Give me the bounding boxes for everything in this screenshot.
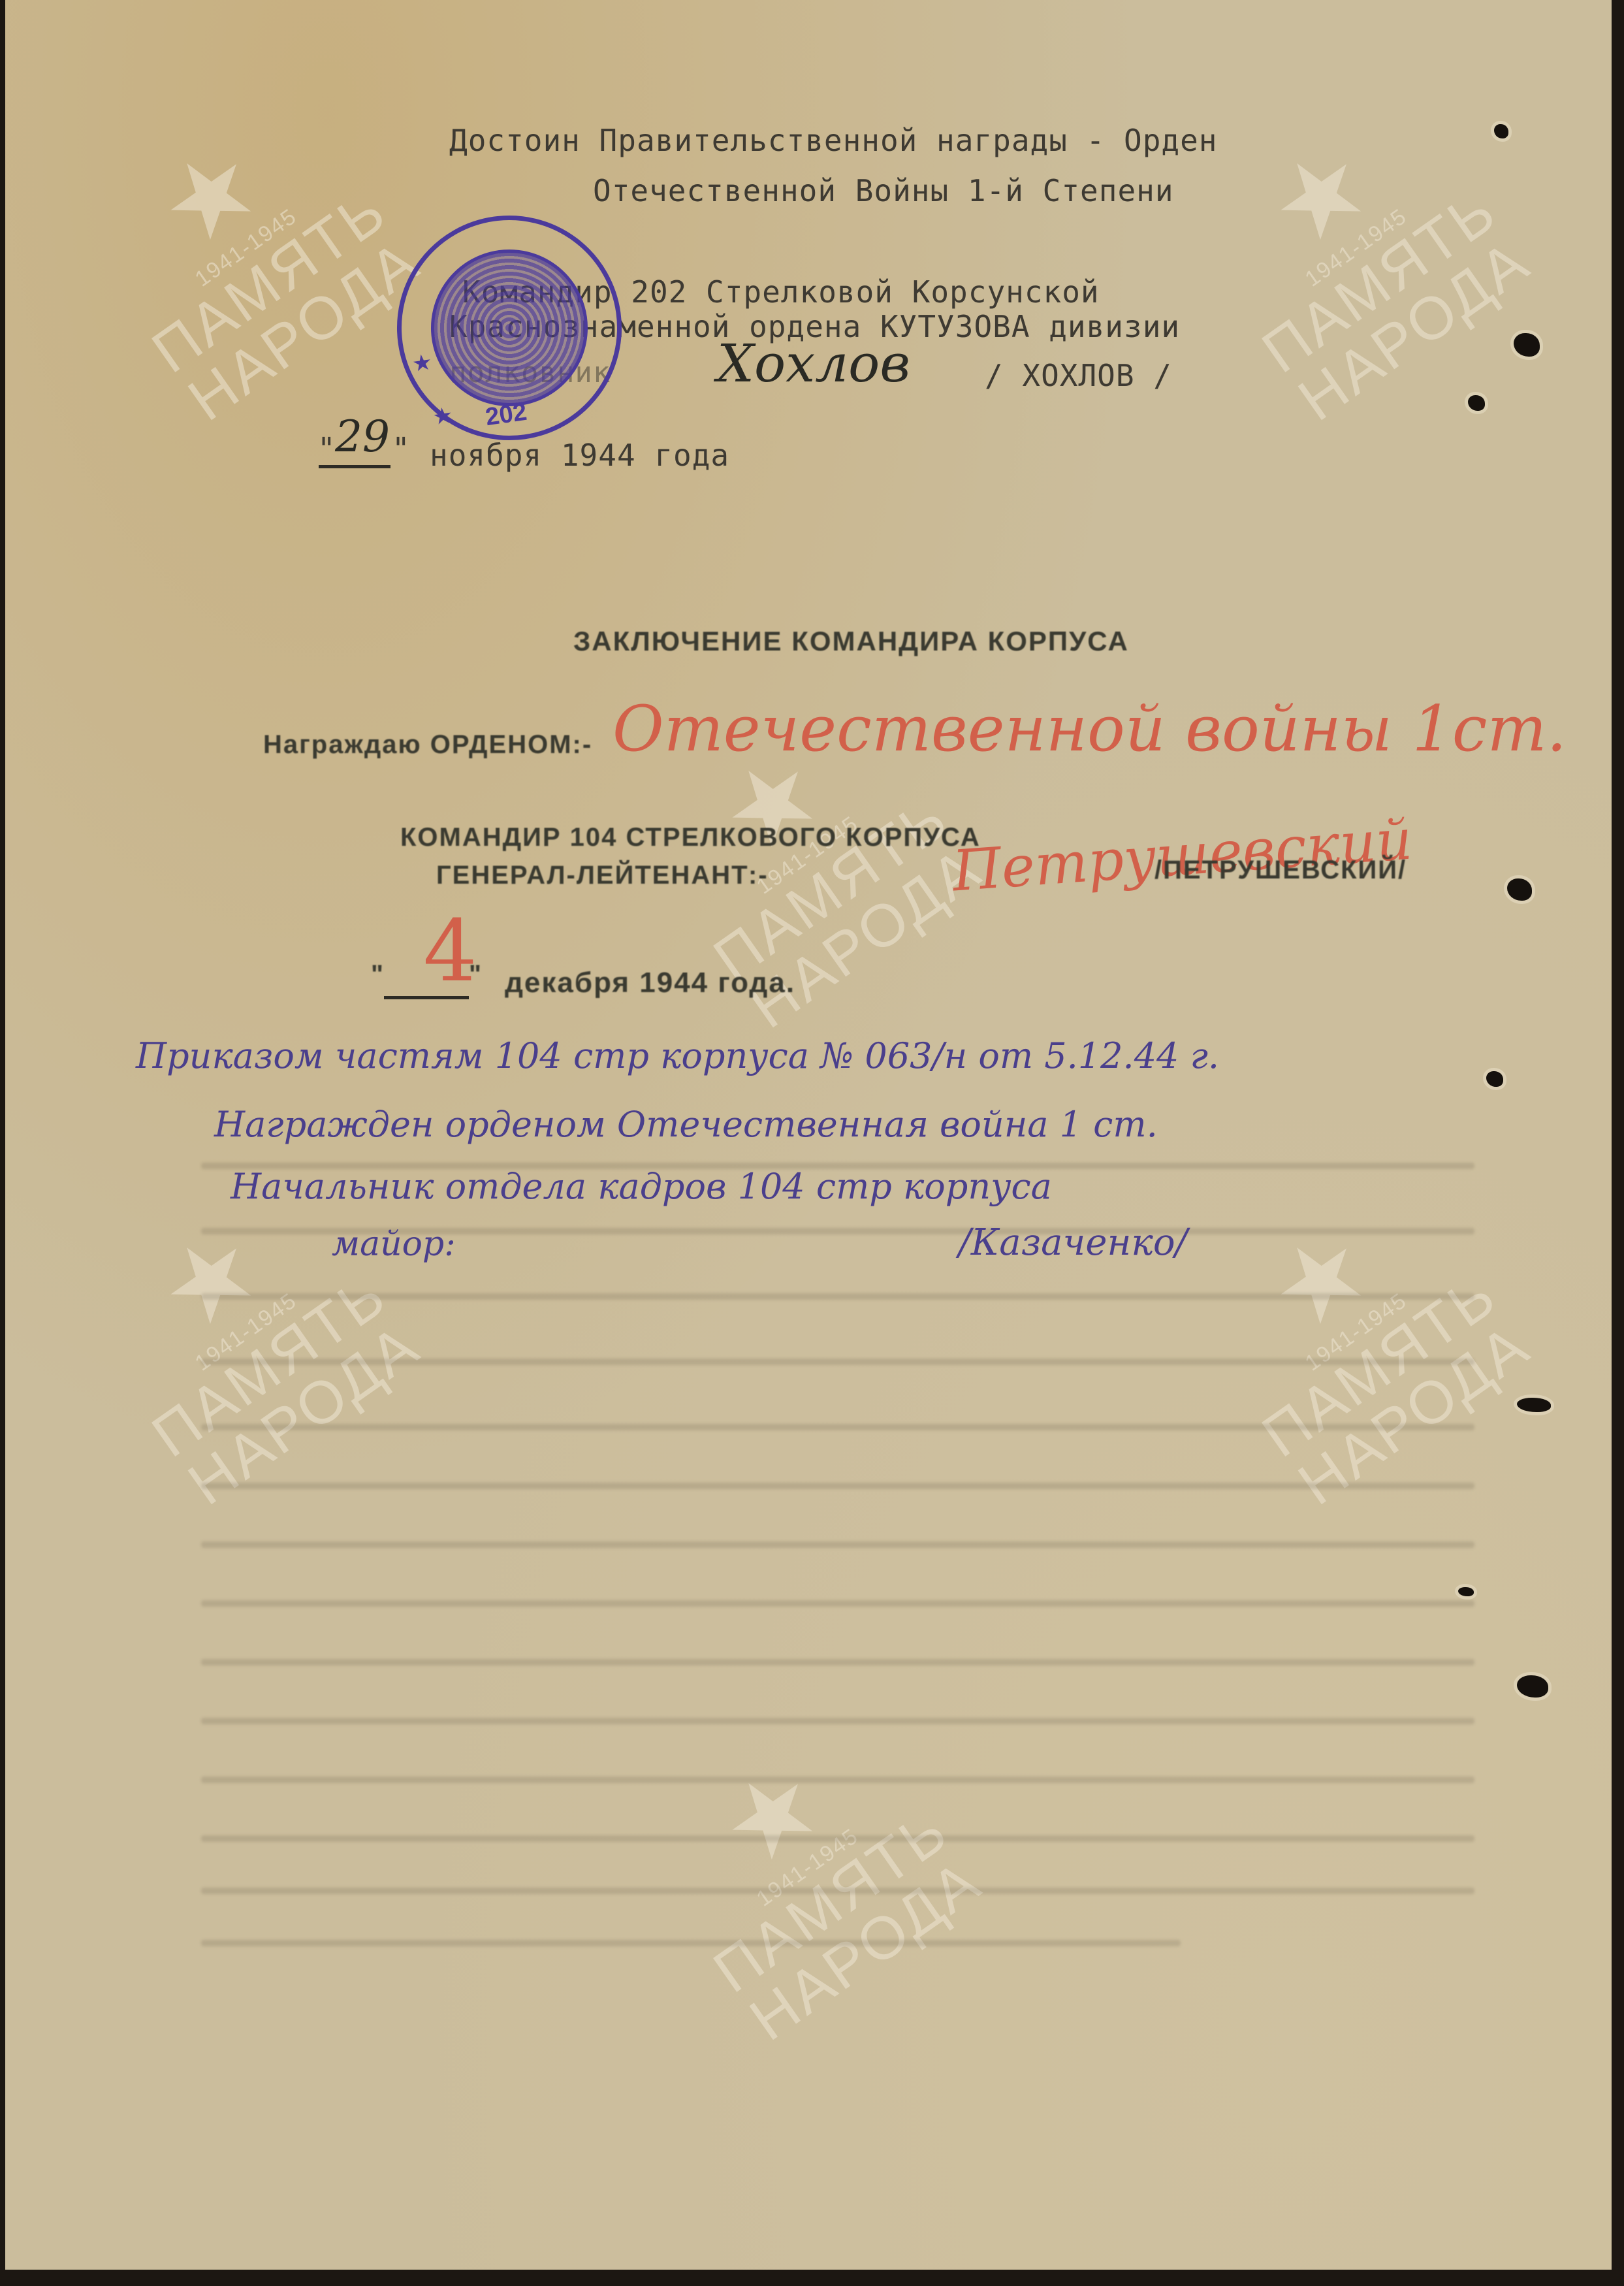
division-commander-signature: Хохлов	[717, 333, 910, 394]
watermark: ★ 1941-1945 ПАМЯТЬ НАРОДА	[1180, 1160, 1542, 1516]
document-page: ★ 1941-1945 ПАМЯТЬ НАРОДА ★ 1941-1945 ПА…	[5, 0, 1612, 2270]
coat-of-arms-icon	[421, 239, 597, 416]
order-note-line1: Приказом частям 104 стр корпуса № 063/н …	[136, 1035, 1219, 1076]
division-seal-stamp: НКО · 202 Стрелковая дивизия ★ ★ 202	[383, 201, 637, 455]
corps-date-rest: декабря 1944 года.	[505, 967, 795, 999]
division-date-day: 29	[335, 411, 390, 462]
punch-hole	[1486, 1071, 1503, 1087]
award-recommendation-line1: Достоин Правительственной награды - Орде…	[449, 123, 1217, 158]
punch-hole	[1507, 878, 1532, 901]
punch-hole	[1458, 1587, 1474, 1596]
watermark: ★ 1941-1945 ПАМЯТЬ НАРОДА	[631, 1696, 993, 2052]
punch-hole	[1517, 1675, 1548, 1698]
award-recommendation-line2: Отечественной Войны 1-й Степени	[593, 173, 1174, 208]
order-note-signature-name: /Казаченко/	[959, 1221, 1187, 1264]
award-value-handwritten: Отечественной войны 1ст.	[613, 692, 1567, 765]
watermark: ★ 1941-1945 ПАМЯТЬ НАРОДА	[70, 1160, 432, 1516]
corps-commander-title-line2: ГЕНЕРАЛ-ЛЕЙТЕНАНТ:-	[436, 861, 769, 890]
corps-conclusion-heading: ЗАКЛЮЧЕНИЕ КОМАНДИРА КОРПУСА	[573, 626, 1129, 657]
division-commander-name: / ХОХЛОВ /	[985, 358, 1172, 393]
order-note-rank: майор:	[332, 1225, 456, 1264]
punch-hole	[1517, 1398, 1551, 1412]
order-note-line3: Начальник отдела кадров 104 стр корпуса	[231, 1166, 1052, 1207]
order-note-line2: Награжден орденом Отечественная война 1 …	[214, 1104, 1158, 1145]
star-icon: ★	[411, 349, 434, 378]
corps-commander-name: /ПЕТРУШЕВСКИЙ/	[1154, 856, 1407, 885]
corps-commander-title-line1: КОМАНДИР 104 СТРЕЛКОВОГО КОРПУСА	[400, 823, 981, 852]
punch-hole	[1514, 333, 1540, 357]
watermark: ★ 1941-1945 ПАМЯТЬ НАРОДА	[70, 76, 432, 432]
award-label: Награждаю ОРДЕНОМ:-	[263, 730, 592, 760]
punch-hole	[1494, 124, 1508, 138]
division-date-rest: ноября 1944 года	[430, 438, 729, 473]
stamp-number: 202	[484, 398, 529, 432]
punch-hole	[1468, 395, 1485, 411]
star-icon: ★	[431, 402, 454, 431]
watermark: ★ 1941-1945 ПАМЯТЬ НАРОДА	[1180, 76, 1542, 432]
